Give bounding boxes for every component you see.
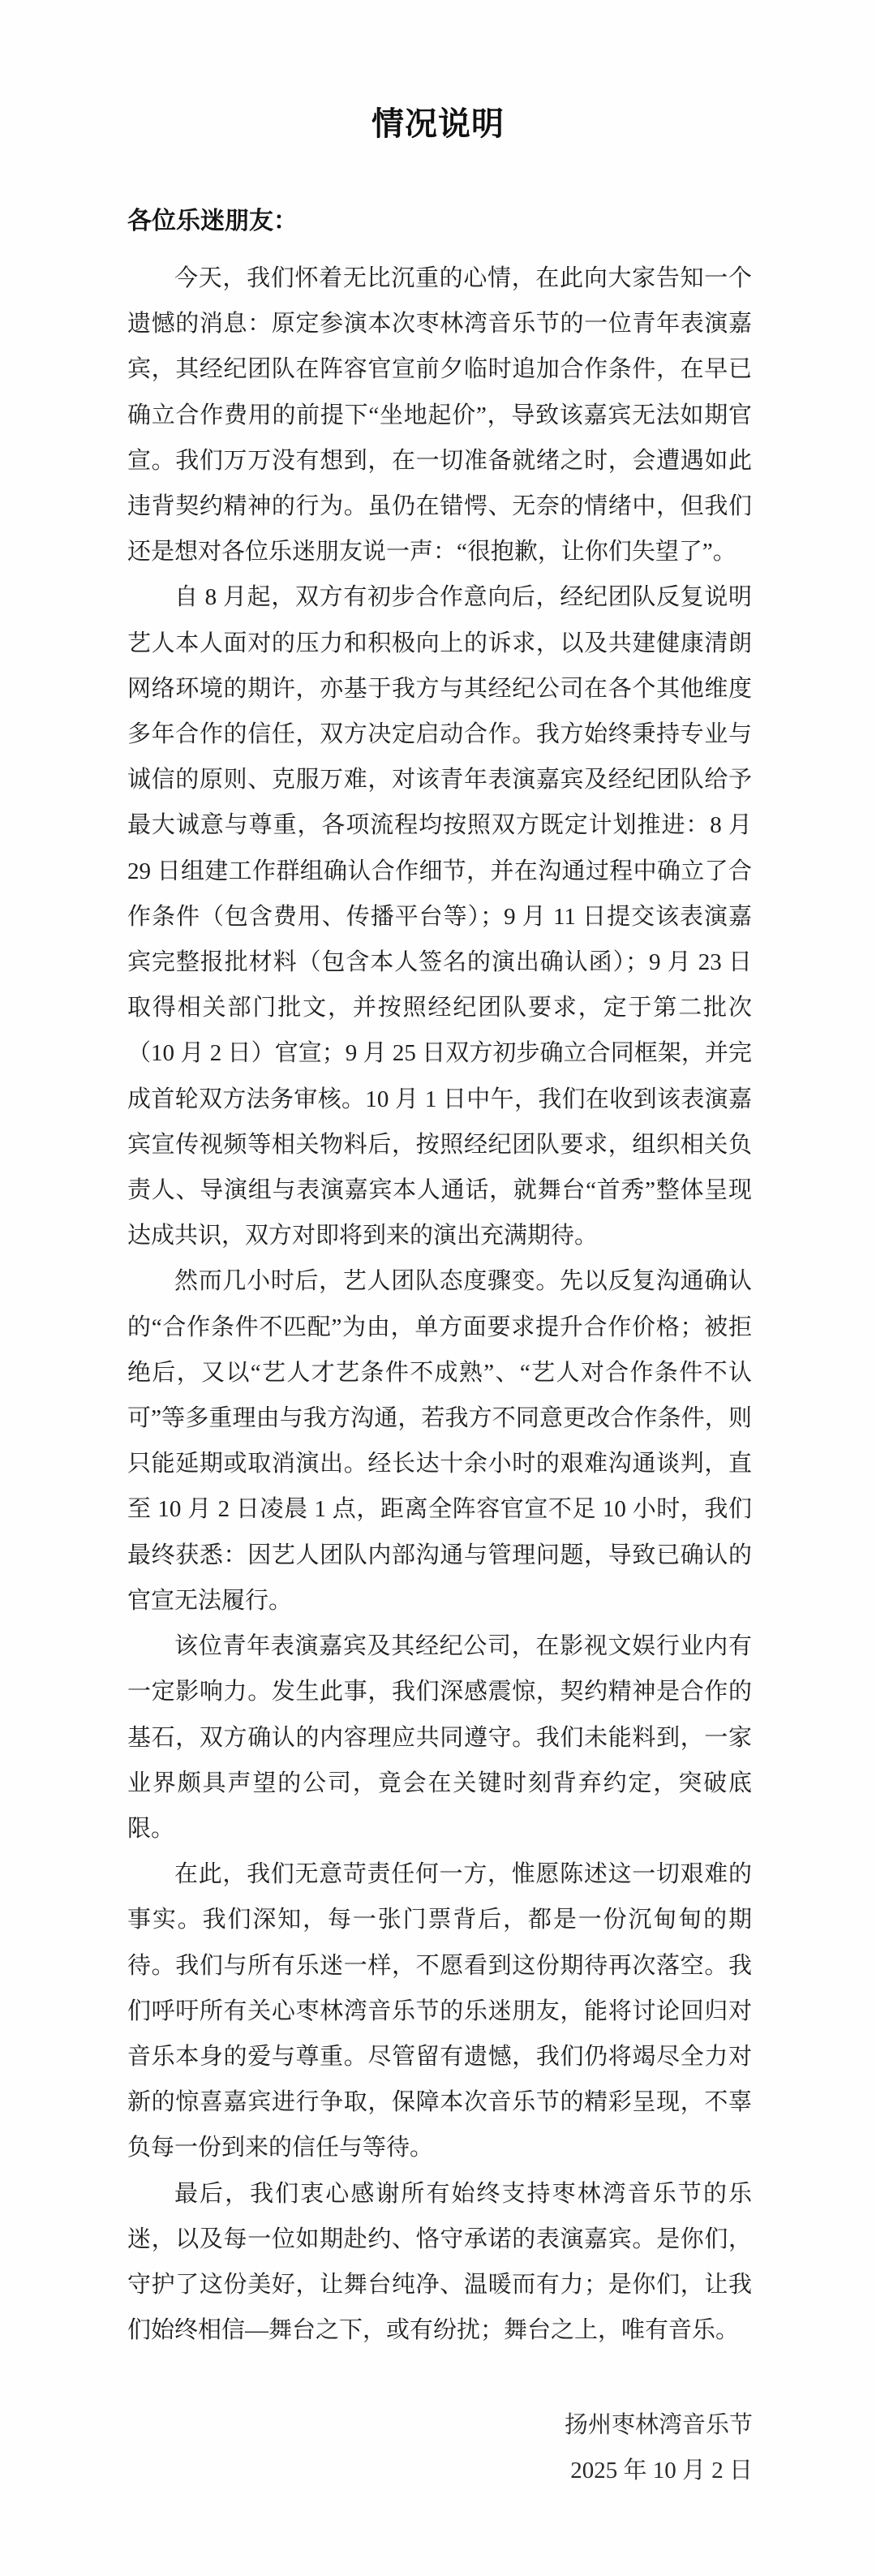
paragraph-4: 该位青年表演嘉宾及其经纪公司，在影视文娱行业内有一定影响力。发生此事，我们深感震…	[127, 1623, 752, 1851]
paragraph-3: 然而几小时后，艺人团队态度骤变。先以反复沟通确认的“合作条件不匹配”为由，单方面…	[127, 1258, 752, 1623]
paragraph-5: 在此，我们无意苛责任何一方，惟愿陈述这一切艰难的事实。我们深知，每一张门票背后，…	[127, 1851, 752, 2170]
document-body: 各位乐迷朋友： 今天，我们怀着无比沉重的心情，在此向大家告知一个遗憾的消息：原定…	[127, 198, 752, 2353]
signature-block: 扬州枣林湾音乐节 2025 年 10 月 2 日	[565, 2402, 753, 2493]
signature-date: 2025 年 10 月 2 日	[565, 2448, 753, 2493]
paragraph-1: 今天，我们怀着无比沉重的心情，在此向大家告知一个遗憾的消息：原定参演本次枣林湾音…	[127, 256, 752, 574]
document-title: 情况说明	[0, 104, 876, 144]
paragraph-2: 自 8 月起，双方有初步合作意向后，经纪团队反复说明艺人本人面对的压力和积极向上…	[127, 574, 752, 1258]
signature-org: 扬州枣林湾音乐节	[565, 2402, 753, 2448]
statement-page: 情况说明 各位乐迷朋友： 今天，我们怀着无比沉重的心情，在此向大家告知一个遗憾的…	[0, 0, 876, 2576]
paragraph-6: 最后，我们衷心感谢所有始终支持枣林湾音乐节的乐迷，以及每一位如期赴约、恪守承诺的…	[127, 2171, 752, 2354]
salutation: 各位乐迷朋友：	[127, 198, 752, 244]
